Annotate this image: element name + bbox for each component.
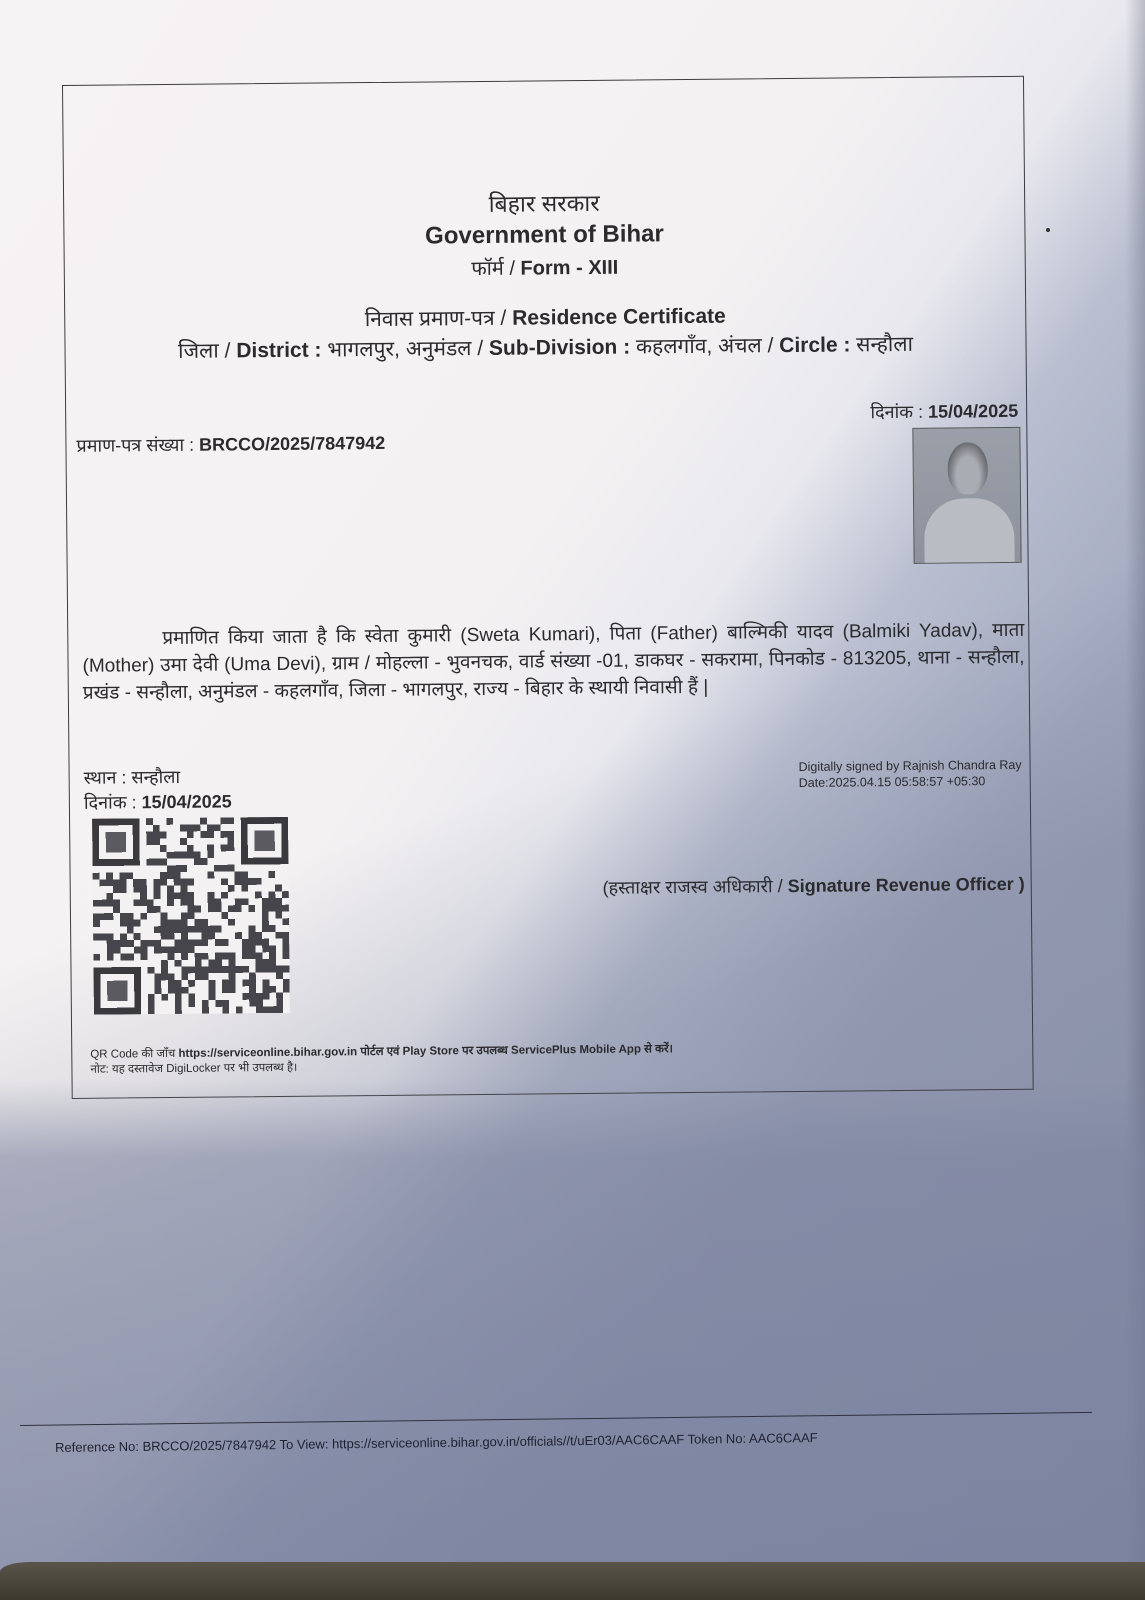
district-label-english: District : bbox=[236, 338, 327, 362]
digital-signature-signer: Digitally signed by Rajnish Chandra Ray bbox=[798, 757, 1021, 775]
circle-label-hindi: अंचल / bbox=[718, 334, 779, 358]
paper-speck bbox=[1046, 228, 1050, 232]
qr-note-app: ServicePlus Mobile App bbox=[511, 1043, 641, 1056]
lower-shadow bbox=[0, 1080, 1145, 1600]
place: स्थान : सन्हौला bbox=[84, 765, 181, 790]
hindi-government-title: बिहार सरकार bbox=[64, 182, 1024, 223]
circle-value: सन्हौला bbox=[856, 333, 913, 357]
digital-signature-date: Date:2025.04.15 05:58:57 +05:30 bbox=[799, 773, 1022, 791]
form-english: Form - XIII bbox=[520, 257, 618, 280]
subdivision-value: कहलगाँव, bbox=[636, 335, 718, 359]
certificate-title-hindi: निवास प्रमाण-पत्र / bbox=[365, 307, 513, 331]
digital-signature: Digitally signed by Rajnish Chandra Ray … bbox=[798, 757, 1021, 791]
signature-label: (हस्ताक्षर राजस्व अधिकारी / Signature Re… bbox=[602, 872, 1024, 900]
issue-date-label: दिनांक : bbox=[84, 792, 142, 813]
verification-portal-link[interactable]: https://serviceonline.bihar.gov.in bbox=[178, 1046, 357, 1060]
certificate-number-label: प्रमाण-पत्र संख्या : bbox=[76, 435, 199, 456]
subdivision-label-hindi: अनुमंडल / bbox=[406, 337, 489, 361]
issue-date-value: 15/04/2025 bbox=[141, 791, 231, 812]
qr-note-mid2: पर उपलब्ध bbox=[459, 1045, 511, 1058]
qr-note-mid: पोर्टल एवं bbox=[357, 1046, 403, 1058]
certificate-number-value: BRCCO/2025/7847942 bbox=[199, 433, 385, 455]
signature-label-hindi: (हस्ताक्षर राजस्व अधिकारी / bbox=[602, 876, 787, 898]
certification-text: प्रमाणित किया जाता है कि स्वेता कुमारी (… bbox=[82, 620, 1024, 704]
footer-divider bbox=[20, 1412, 1092, 1426]
english-government-title: Government of Bihar bbox=[64, 217, 1024, 254]
certificate-number: प्रमाण-पत्र संख्या : BRCCO/2025/7847942 bbox=[76, 431, 385, 458]
reference-footer: Reference No: BRCCO/2025/7847942 To View… bbox=[55, 1430, 818, 1455]
circle-label-english: Circle : bbox=[779, 333, 856, 357]
photo-head bbox=[947, 442, 987, 494]
certification-paragraph: प्रमाणित किया जाता है कि स्वेता कुमारी (… bbox=[82, 617, 1025, 707]
certificate-date-label: दिनांक : bbox=[870, 402, 928, 423]
place-value: सन्हौला bbox=[131, 767, 180, 787]
photo-torso bbox=[924, 498, 1015, 564]
background-surface bbox=[0, 1562, 1145, 1600]
issue-date: दिनांक : 15/04/2025 bbox=[84, 789, 232, 814]
form-hindi: फॉर्म / bbox=[471, 258, 520, 280]
qr-verification-note: QR Code की जाँच https://serviceonline.bi… bbox=[90, 1042, 673, 1078]
district-value: भागलपुर, bbox=[327, 338, 406, 362]
signature-label-english: Signature Revenue Officer ) bbox=[788, 874, 1025, 896]
certificate-title-english: Residence Certificate bbox=[512, 305, 726, 330]
form-number: फॉर्म / Form - XIII bbox=[65, 249, 1025, 285]
paper-edge-shadow bbox=[1125, 0, 1145, 1565]
place-label: स्थान : bbox=[84, 767, 132, 787]
district-label-hindi: जिला / bbox=[178, 339, 236, 363]
qr-note-suffix: से करें। bbox=[641, 1043, 673, 1055]
qr-note-play-store: Play Store bbox=[403, 1045, 459, 1058]
applicant-photo bbox=[912, 427, 1021, 564]
certificate-date-value: 15/04/2025 bbox=[928, 401, 1018, 422]
certificate-date: दिनांक : 15/04/2025 bbox=[870, 399, 1018, 424]
qr-code-icon[interactable] bbox=[92, 817, 290, 1015]
subdivision-label-english: Sub-Division : bbox=[489, 336, 636, 360]
certificate-frame: बिहार सरकार Government of Bihar फॉर्म / … bbox=[62, 76, 1034, 1099]
qr-note-prefix: QR Code की जाँच bbox=[90, 1048, 178, 1061]
